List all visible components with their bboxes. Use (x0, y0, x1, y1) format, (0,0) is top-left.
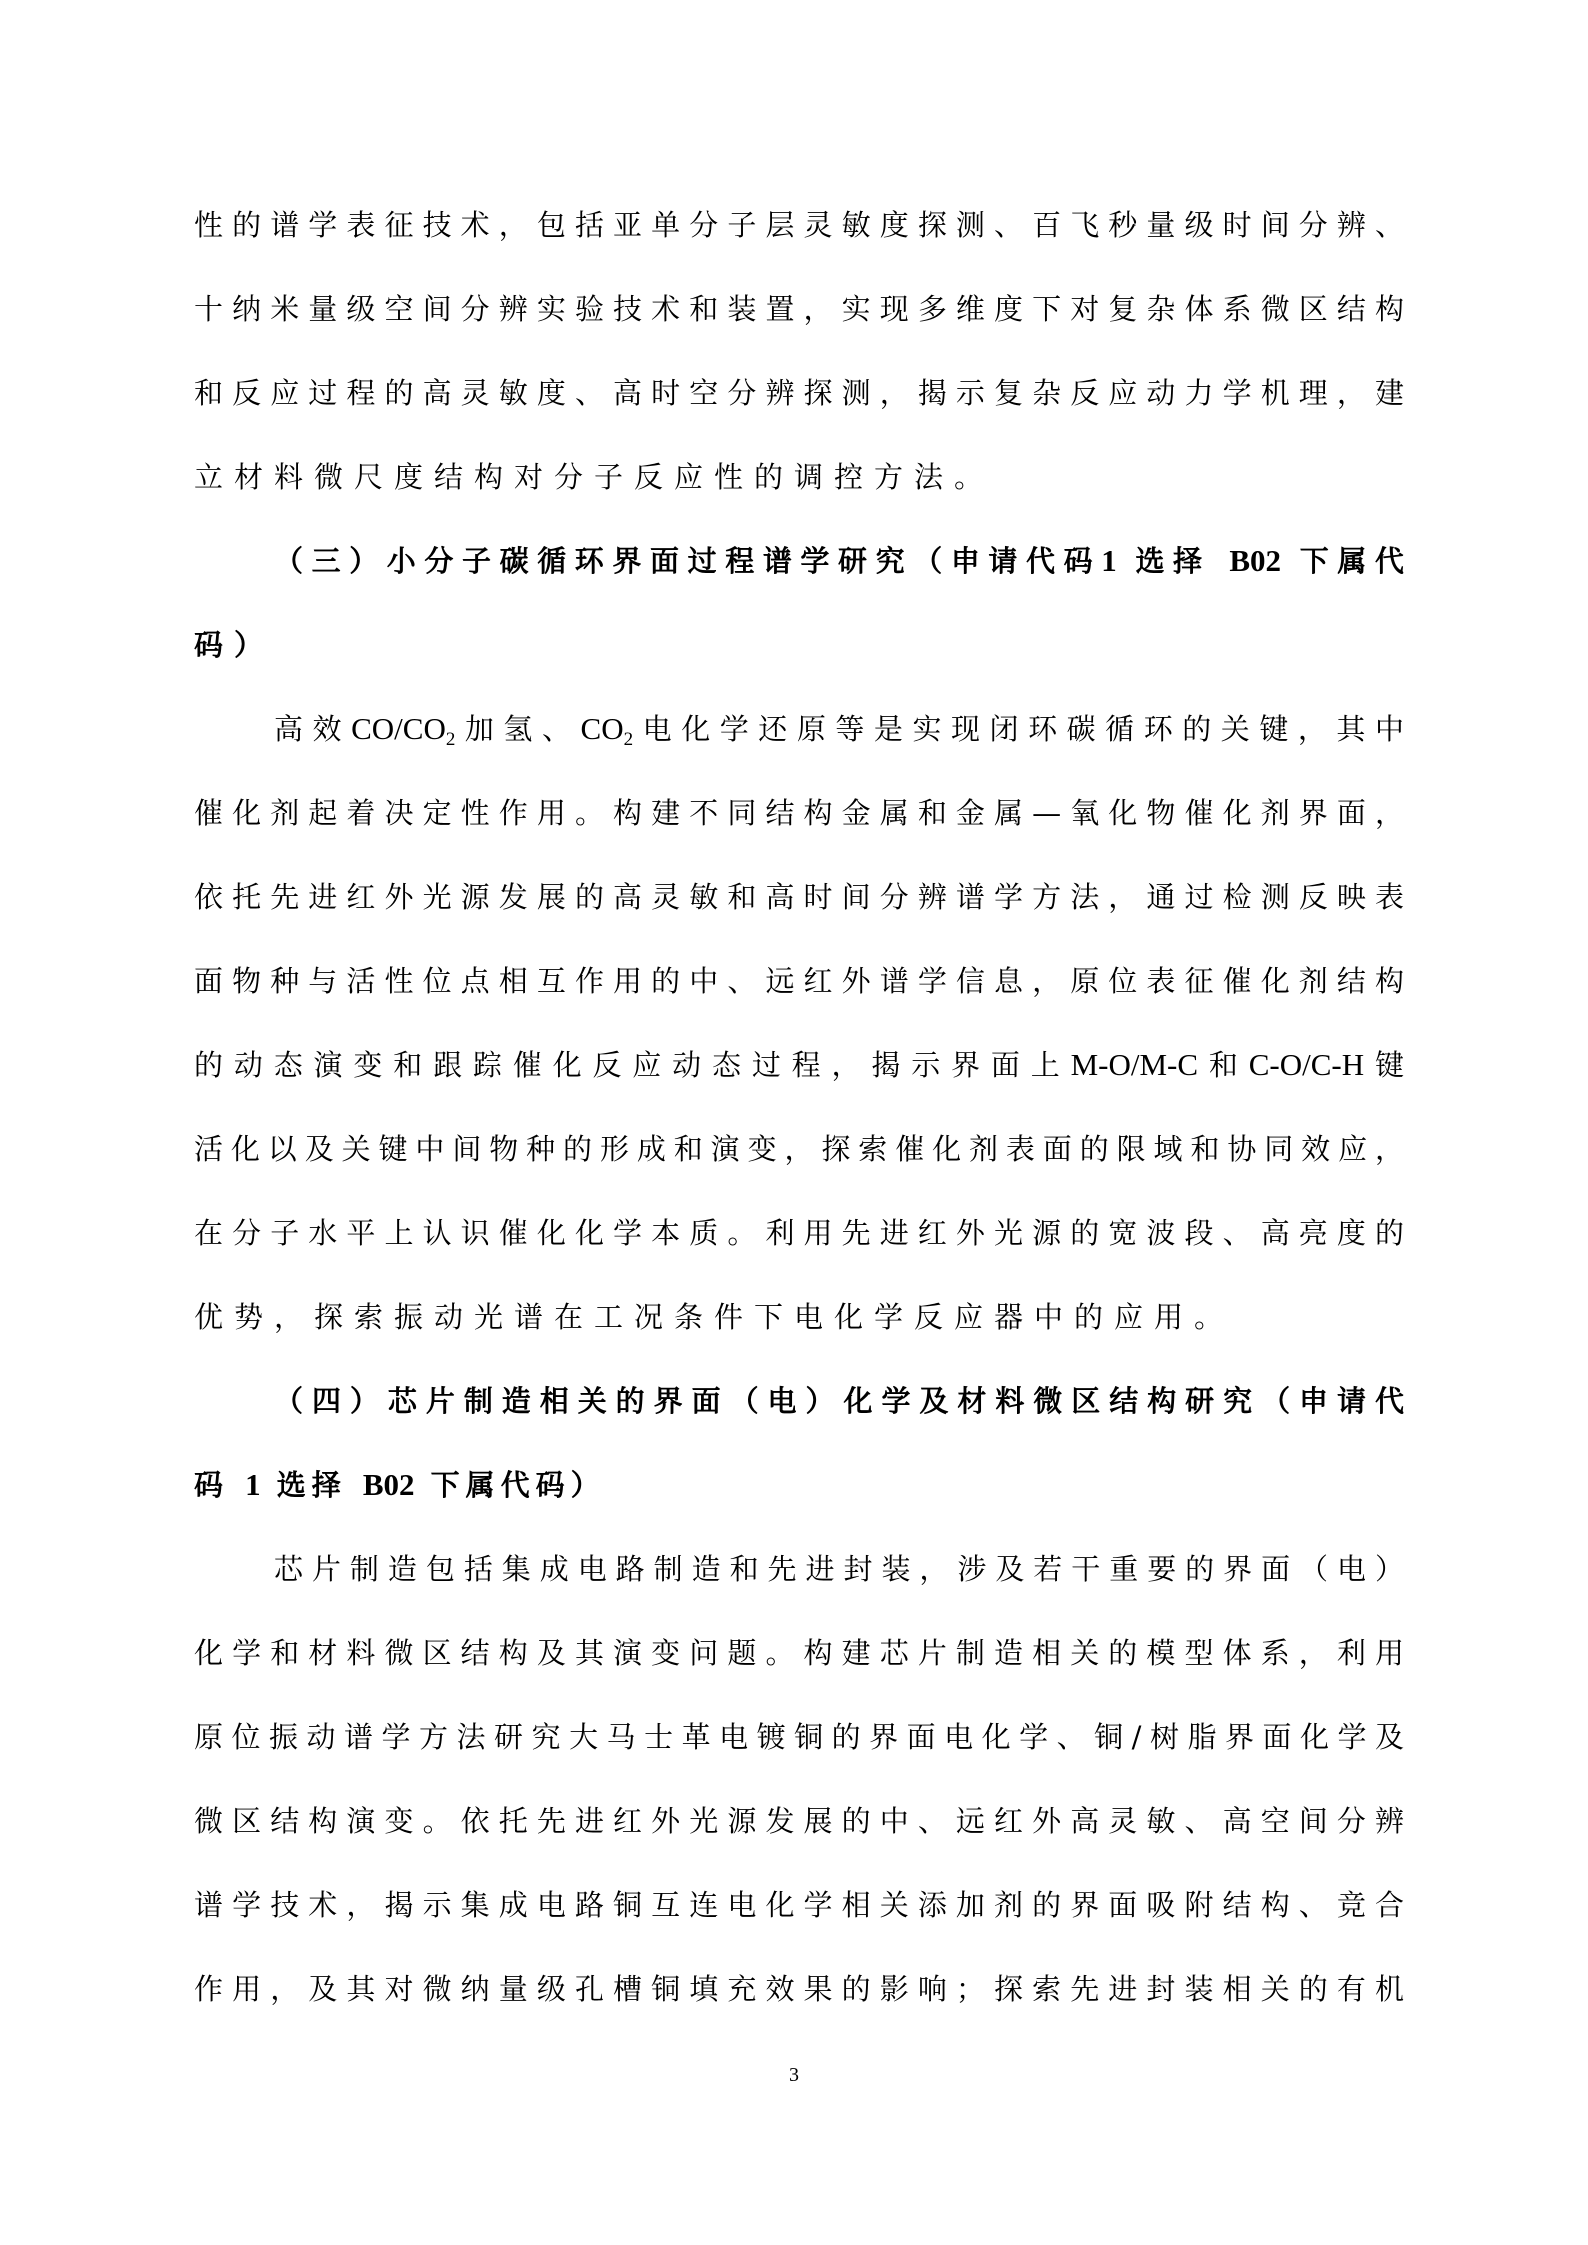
heading-text: 下属代码） (431, 1468, 606, 1502)
heading-code-number: 1 (245, 1467, 261, 1502)
text-line: 十纳米量级空间分辨实验技术和装置，实现多维度下对复杂体系微区结构 (194, 267, 1404, 351)
text-span: 和 (1198, 1048, 1249, 1082)
heading-text: （三）小分子碳循环界面过程谱学研究（申请代码 (274, 544, 1101, 578)
heading-text: 码 (194, 1468, 229, 1502)
text-line: 活化以及关键中间物种的形成和演变，探索催化剂表面的限域和协同效应， (194, 1107, 1404, 1191)
text-line: 优势，探索振动光谱在工况条件下电化学反应器中的应用。 (194, 1275, 1404, 1359)
page-number: 3 (0, 2064, 1588, 2087)
text-span: CO/CO (351, 711, 446, 746)
text-line: 依托先进红外光源发展的高灵敏和高时间分辨谱学方法，通过检测反映表 (194, 855, 1404, 939)
section-heading-3: （三）小分子碳循环界面过程谱学研究（申请代码1 选择 B02 下属代 (194, 519, 1404, 603)
heading-code-number: 1 (1101, 543, 1117, 578)
text-line: 谱学技术，揭示集成电路铜互连电化学相关添加剂的界面吸附结构、竞合 (194, 1863, 1404, 1947)
text-line: 作用，及其对微纳量级孔槽铜填充效果的影响；探索先进封装相关的有机 (194, 1947, 1404, 2031)
text-line: 高效CO/CO2加氢、CO2电化学还原等是实现闭环碳循环的关键，其中 (194, 687, 1404, 771)
text-line: 化学和材料微区结构及其演变问题。构建芯片制造相关的模型体系，利用 (194, 1611, 1404, 1695)
text-line: 在分子水平上认识催化化学本质。利用先进红外光源的宽波段、高亮度的 (194, 1191, 1404, 1275)
heading-code: B02 (363, 1467, 415, 1502)
text-line: 和反应过程的高灵敏度、高时空分辨探测，揭示复杂反应动力学机理，建 (194, 351, 1404, 435)
section-heading-4: （四）芯片制造相关的界面（电）化学及材料微区结构研究（申请代 (194, 1359, 1404, 1443)
text-span: 加氢、 (455, 712, 580, 746)
section-heading-3-cont: 码） (194, 603, 1404, 687)
text-line: 立材料微尺度结构对分子反应性的调控方法。 (194, 435, 1404, 519)
text-line: 催化剂起着决定性作用。构建不同结构金属和金属—氧化物催化剂界面， (194, 771, 1404, 855)
text-line: 性的谱学表征技术，包括亚单分子层灵敏度探测、百飞秒量级时间分辨、 (194, 183, 1404, 267)
chem-bond: C-O/C-H (1249, 1047, 1364, 1082)
text-line: 芯片制造包括集成电路制造和先进封装，涉及若干重要的界面（电） (194, 1527, 1404, 1611)
text-span: 的动态演变和跟踪催化反应动态过程，揭示界面上 (194, 1048, 1071, 1082)
text-line: 微区结构演变。依托先进红外光源发展的中、远红外高灵敏、高空间分辨 (194, 1779, 1404, 1863)
text-line: 原位振动谱学方法研究大马士革电镀铜的界面电化学、铜/树脂界面化学及 (194, 1695, 1404, 1779)
subscript: 2 (446, 729, 456, 750)
text-span: 电化学还原等是实现闭环碳循环的关键，其中 (633, 712, 1404, 746)
chem-formula: CO/CO2 (351, 711, 455, 746)
heading-text: 选择 (277, 1468, 347, 1502)
text-span: 高效 (274, 712, 351, 746)
text-span: 键 (1364, 1048, 1404, 1082)
heading-text: 下属代 (1300, 544, 1404, 578)
chem-bond: M-O/M-C (1071, 1047, 1198, 1082)
page-body: 性的谱学表征技术，包括亚单分子层灵敏度探测、百飞秒量级时间分辨、 十纳米量级空间… (194, 183, 1404, 2031)
chem-formula: CO2 (581, 711, 634, 746)
subscript: 2 (624, 729, 634, 750)
text-span: CO (581, 711, 624, 746)
heading-code: B02 (1229, 543, 1281, 578)
section-heading-4-cont: 码 1 选择 B02 下属代码） (194, 1443, 1404, 1527)
document-page: 性的谱学表征技术，包括亚单分子层灵敏度探测、百飞秒量级时间分辨、 十纳米量级空间… (0, 0, 1588, 2245)
text-line: 面物种与活性位点相互作用的中、远红外谱学信息，原位表征催化剂结构 (194, 939, 1404, 1023)
text-line: 的动态演变和跟踪催化反应动态过程，揭示界面上M-O/M-C和C-O/C-H键 (194, 1023, 1404, 1107)
heading-text: 选择 (1135, 544, 1210, 578)
